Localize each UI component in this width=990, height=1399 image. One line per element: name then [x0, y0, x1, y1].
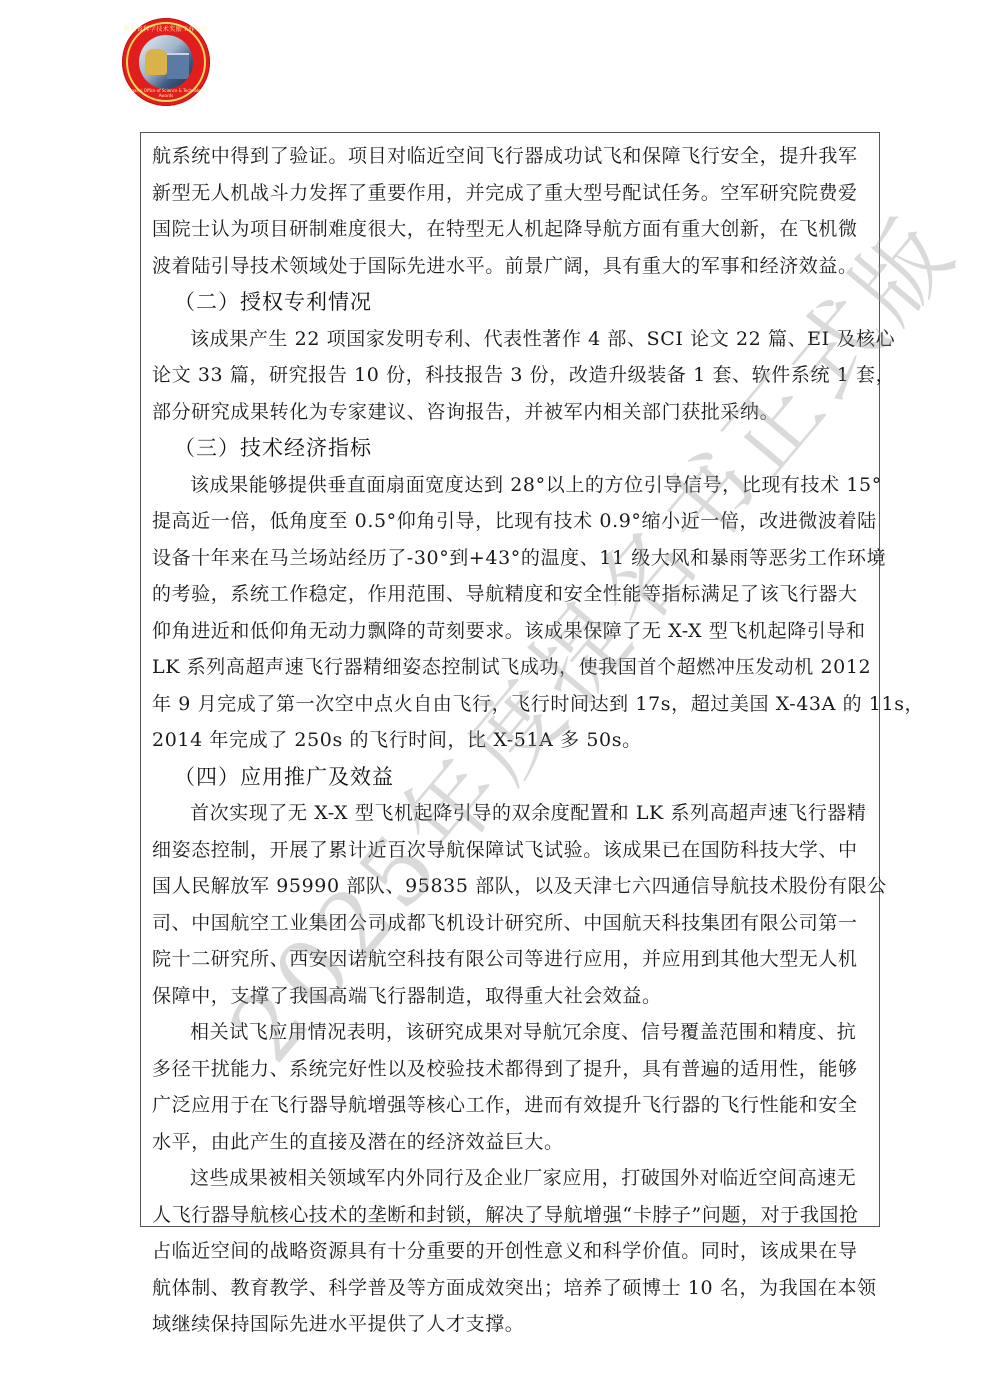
text-line: 细姿态控制，开展了累计近百次导航保障试飞试验。该成果已在国防科技大学、中 [152, 832, 872, 869]
text-line: 院十二研究所、西安因诺航空科技有限公司等进行应用，并应用到其他大型无人机 [152, 941, 872, 978]
text-line: 该成果产生 22 项国家发明专利、代表性著作 4 部、SCI 论文 22 篇、E… [152, 321, 872, 358]
text-line: 多径干扰能力、系统完好性以及校验技术都得到了提升，具有普遍的适用性，能够 [152, 1051, 872, 1088]
text-line: 水平，由此产生的直接及潜在的经济效益巨大。 [152, 1124, 872, 1161]
text-line: 的考验，系统工作稳定，作用范围、导航精度和安全性能等指标满足了该飞行器大 [152, 576, 872, 613]
section-heading-patents: （二）授权专利情况 [152, 284, 872, 321]
text-line: 仰角进近和低仰角无动力飘降的苛刻要求。该成果保障了无 X-X 型飞机起降引导和 [152, 613, 872, 650]
text-line: 设备十年来在马兰场站经历了-30°到+43°的温度、11 级大风和暴雨等恶劣工作… [152, 540, 872, 577]
text-line: 波着陆引导技术领域处于国际先进水平。前景广阔，具有重大的军事和经济效益。 [152, 248, 872, 285]
text-line: 部分研究成果转化为专家建议、咨询报告，并被军内相关部门获批采纳。 [152, 394, 872, 431]
text-line: 航体制、教育教学、科学普及等方面成效突出；培养了硕博士 10 名，为我国在本领 [152, 1270, 872, 1307]
text-line: 司、中国航空工业集团公司成都飞机设计研究所、中国航天科技集团有限公司第一 [152, 905, 872, 942]
seal-picture [139, 35, 193, 89]
building-icon [167, 53, 189, 79]
text-line: 该成果能够提供垂直面扇面宽度达到 28°以上的方位引导信号，比现有技术 15° [152, 467, 872, 504]
text-line: 首次实现了无 X-X 型飞机起降引导的双余度配置和 LK 系列高超声速飞行器精 [152, 795, 872, 832]
text-line: 人飞行器导航核心技术的垄断和封锁，解决了导航增强“卡脖子”问题，对于我国抢 [152, 1197, 872, 1234]
text-line: LK 系列高超声速飞行器精细姿态控制试飞成功，使我国首个超燃冲压发动机 2012 [152, 649, 872, 686]
section-heading-tech-indicators: （三）技术经济指标 [152, 430, 872, 467]
document-body: 航系统中得到了验证。项目对临近空间飞行器成功试飞和保障飞行安全，提升我军 新型无… [152, 138, 872, 1343]
text-line: 论文 33 篇，研究报告 10 份，科技报告 3 份，改造升级装备 1 套、软件… [152, 357, 872, 394]
text-line: 域继续保持国际先进水平提供了人才支撑。 [152, 1306, 872, 1343]
text-line: 2014 年完成了 250s 的飞行时间，比 X-51A 多 50s。 [152, 722, 872, 759]
text-line: 新型无人机战斗力发挥了重要作用，并完成了重大型号配试任务。空军研究院费爱 [152, 175, 872, 212]
text-line: 保障中，支撑了我国高端飞行器制造，取得重大社会效益。 [152, 978, 872, 1015]
text-line: 提高近一倍，低角度至 0.5°仰角引导，比现有技术 0.9°缩小近一倍，改进微波… [152, 503, 872, 540]
text-line: 占临近空间的战略资源具有十分重要的开创性意义和科学价值。同时，该成果在导 [152, 1233, 872, 1270]
text-line: 国人民解放军 95990 部队、95835 部队，以及天津七六四通信导航技术股份… [152, 868, 872, 905]
text-line: 广泛应用于在飞行器导航增强等核心工作，进而有效提升飞行器的飞行性能和安全 [152, 1087, 872, 1124]
tripod-icon [145, 49, 167, 75]
text-line: 相关试飞应用情况表明，该研究成果对导航冗余度、信号覆盖范围和精度、抗 [152, 1014, 872, 1051]
text-line: 年 9 月完成了第一次空中点火自由飞行，飞行时间达到 17s，超过美国 X-43… [152, 686, 872, 723]
seal-emblem-icon: 陕西省科学技术奖励工作办公室 Shaanxi Office of Science… [122, 18, 210, 106]
seal-bottom-text: Shaanxi Office of Science & Technology A… [122, 88, 210, 98]
text-line: 国院士认为项目研制难度很大，在特型无人机起降导航方面有重大创新，在飞机微 [152, 211, 872, 248]
section-heading-application: （四）应用推广及效益 [152, 759, 872, 796]
text-line: 航系统中得到了验证。项目对临近空间飞行器成功试飞和保障飞行安全，提升我军 [152, 138, 872, 175]
text-line: 这些成果被相关领域军内外同行及企业厂家应用，打破国外对临近空间高速无 [152, 1160, 872, 1197]
